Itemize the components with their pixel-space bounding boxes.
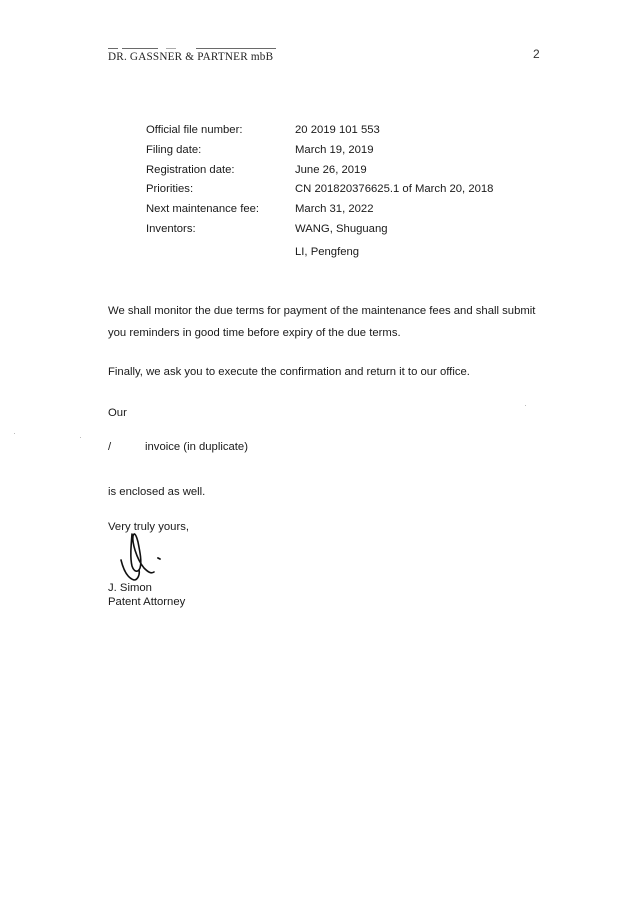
paragraph-confirmation: Finally, we ask you to execute the confi… <box>108 361 470 383</box>
enclosure-text: invoice (in duplicate) <box>145 441 248 453</box>
paragraph-line: We shall monitor the due terms for payme… <box>108 300 535 322</box>
enclosure-mark: / <box>108 441 111 453</box>
detail-label: Inventors: <box>146 223 196 235</box>
scan-speck <box>525 405 526 406</box>
paragraph-line: you reminders in good time before expiry… <box>108 322 535 344</box>
detail-label: Priorities: <box>146 183 193 195</box>
scan-speck <box>14 433 15 434</box>
detail-value: CN 201820376625.1 of March 20, 2018 <box>295 183 493 195</box>
detail-label: Official file number: <box>146 124 242 136</box>
page-number: 2 <box>533 47 540 61</box>
detail-label: Registration date: <box>146 164 235 176</box>
paragraph-enclosed: is enclosed as well. <box>108 481 205 503</box>
scan-speck <box>80 437 81 438</box>
detail-label: Filing date: <box>146 144 201 156</box>
paragraph-our: Our <box>108 402 127 424</box>
detail-value: March 31, 2022 <box>295 203 374 215</box>
signer-title: Patent Attorney <box>108 596 185 608</box>
detail-label: Next maintenance fee: <box>146 203 259 215</box>
detail-value: WANG, Shuguang <box>295 223 388 235</box>
detail-value: LI, Pengfeng <box>295 246 359 258</box>
detail-value: June 26, 2019 <box>295 164 367 176</box>
handwritten-signature-icon <box>118 528 174 582</box>
detail-value: March 19, 2019 <box>295 144 374 156</box>
signer-name: J. Simon <box>108 582 152 594</box>
paragraph-monitoring: We shall monitor the due terms for payme… <box>108 300 535 344</box>
detail-value: 20 2019 101 553 <box>295 124 380 136</box>
firm-letterhead: DR. GASSNER & PARTNER mbB <box>108 51 273 63</box>
letter-page: DR. GASSNER & PARTNER mbB 2 Official fil… <box>0 0 643 918</box>
